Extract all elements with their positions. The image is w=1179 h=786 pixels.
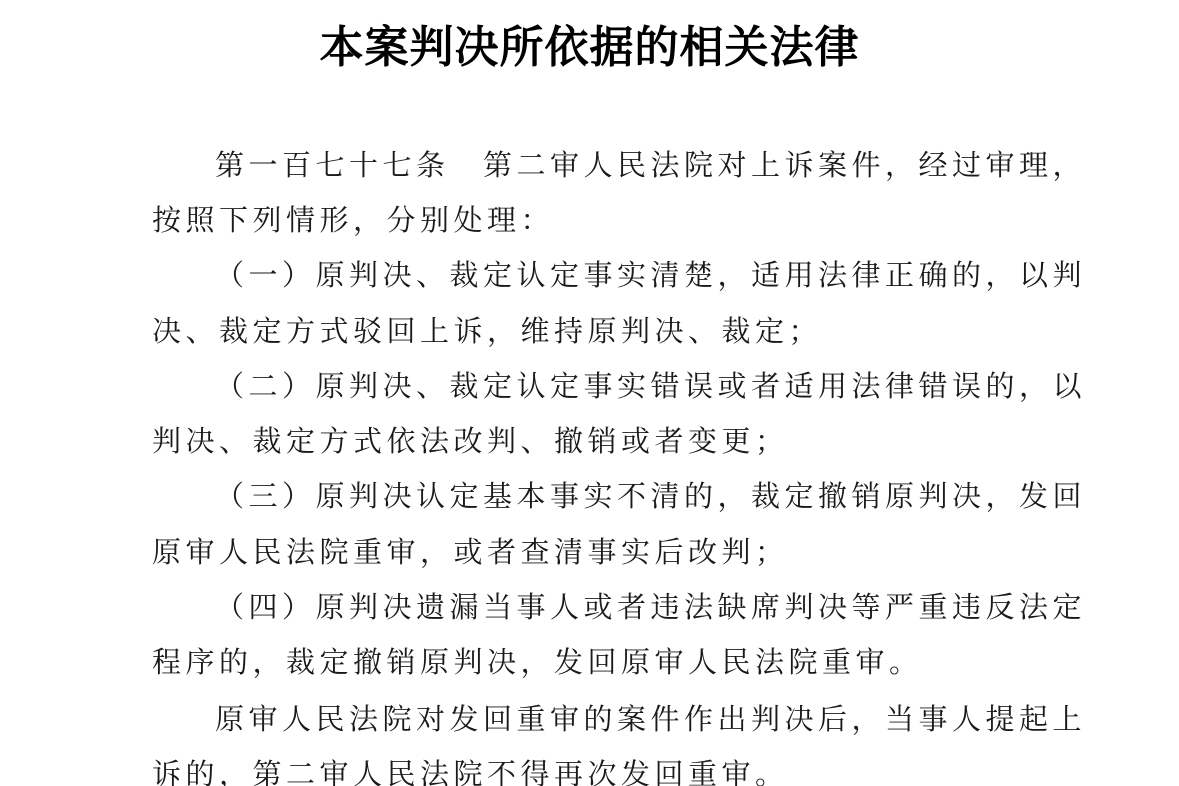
clause-3-line-2: 原审人民法院重审，或者查清事实后改判； xyxy=(152,532,1032,572)
clause-3-line-1: （三）原判决认定基本事实不清的，裁定撤销原判决，发回 xyxy=(215,476,1030,516)
document-title: 本案判决所依据的相关法律 xyxy=(0,20,1179,76)
clause-2-line-1: （二）原判决、裁定认定事实错误或者适用法律错误的，以 xyxy=(215,366,1030,406)
clause-1-line-2: 决、裁定方式驳回上诉，维持原判决、裁定； xyxy=(152,311,1032,351)
clause-1-line-1: （一）原判决、裁定认定事实清楚，适用法律正确的，以判 xyxy=(215,255,1030,295)
clause-4-line-2: 程序的，裁定撤销原判决，发回原审人民法院重审。 xyxy=(152,642,1032,682)
article-177-line-1: 第一百七十七条 第二审人民法院对上诉案件，经过审理， xyxy=(215,145,1030,185)
retrial-paragraph-line-2: 诉的，第二审人民法院不得再次发回重审。 xyxy=(152,754,1032,786)
retrial-paragraph-line-1: 原审人民法院对发回重审的案件作出判决后，当事人提起上 xyxy=(215,699,1030,739)
clause-4-line-1: （四）原判决遗漏当事人或者违法缺席判决等严重违反法定 xyxy=(215,587,1030,627)
clause-2-line-2: 判决、裁定方式依法改判、撤销或者变更； xyxy=(152,421,1032,461)
article-177-line-2: 按照下列情形，分别处理： xyxy=(152,200,1032,240)
